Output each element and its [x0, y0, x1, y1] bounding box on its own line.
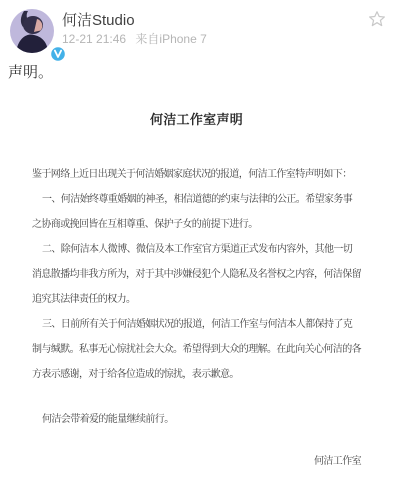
weibo-post: 何洁Studio 12-21 21:46 来自iPhone 7 声明。 何洁工作…: [0, 0, 396, 483]
post-meta: 12-21 21:46 来自iPhone 7: [62, 32, 207, 47]
verified-badge-icon: [49, 45, 67, 63]
favorite-button[interactable]: [368, 10, 388, 30]
statement-paragraph: 三、日前所有关于何洁婚姻状况的报道，何洁工作室与何洁本人都保持了克制与缄默。私事…: [32, 312, 361, 387]
statement-paragraph: 鉴于网络上近日出现关于何洁婚姻家庭状况的报道，何洁工作室特声明如下：: [32, 162, 361, 187]
statement-paragraph: 二、除何洁本人微博、微信及本工作室官方渠道正式发布内容外，其他一切消息散播均非我…: [32, 237, 361, 312]
statement-signature: 何洁工作室: [32, 449, 361, 474]
star-icon: [368, 10, 386, 28]
statement-paragraph: 一、何洁始终尊重婚姻的神圣，相信道德的约束与法律的公正。希望家务事之协商或挽回皆…: [32, 187, 361, 237]
avatar-image: [10, 9, 54, 53]
timestamp: 12-21 21:46: [62, 32, 126, 46]
statement-title: 何洁工作室声明: [32, 112, 361, 127]
post-text: 声明。: [8, 62, 53, 83]
statement-image[interactable]: 何洁工作室声明 鉴于网络上近日出现关于何洁婚姻家庭状况的报道，何洁工作室特声明如…: [32, 112, 361, 474]
source-link[interactable]: 来自iPhone 7: [135, 32, 206, 46]
author-name[interactable]: 何洁Studio: [62, 11, 135, 30]
avatar[interactable]: [10, 9, 54, 53]
statement-paragraph: 何洁会带着爱的能量继续前行。: [32, 407, 361, 432]
